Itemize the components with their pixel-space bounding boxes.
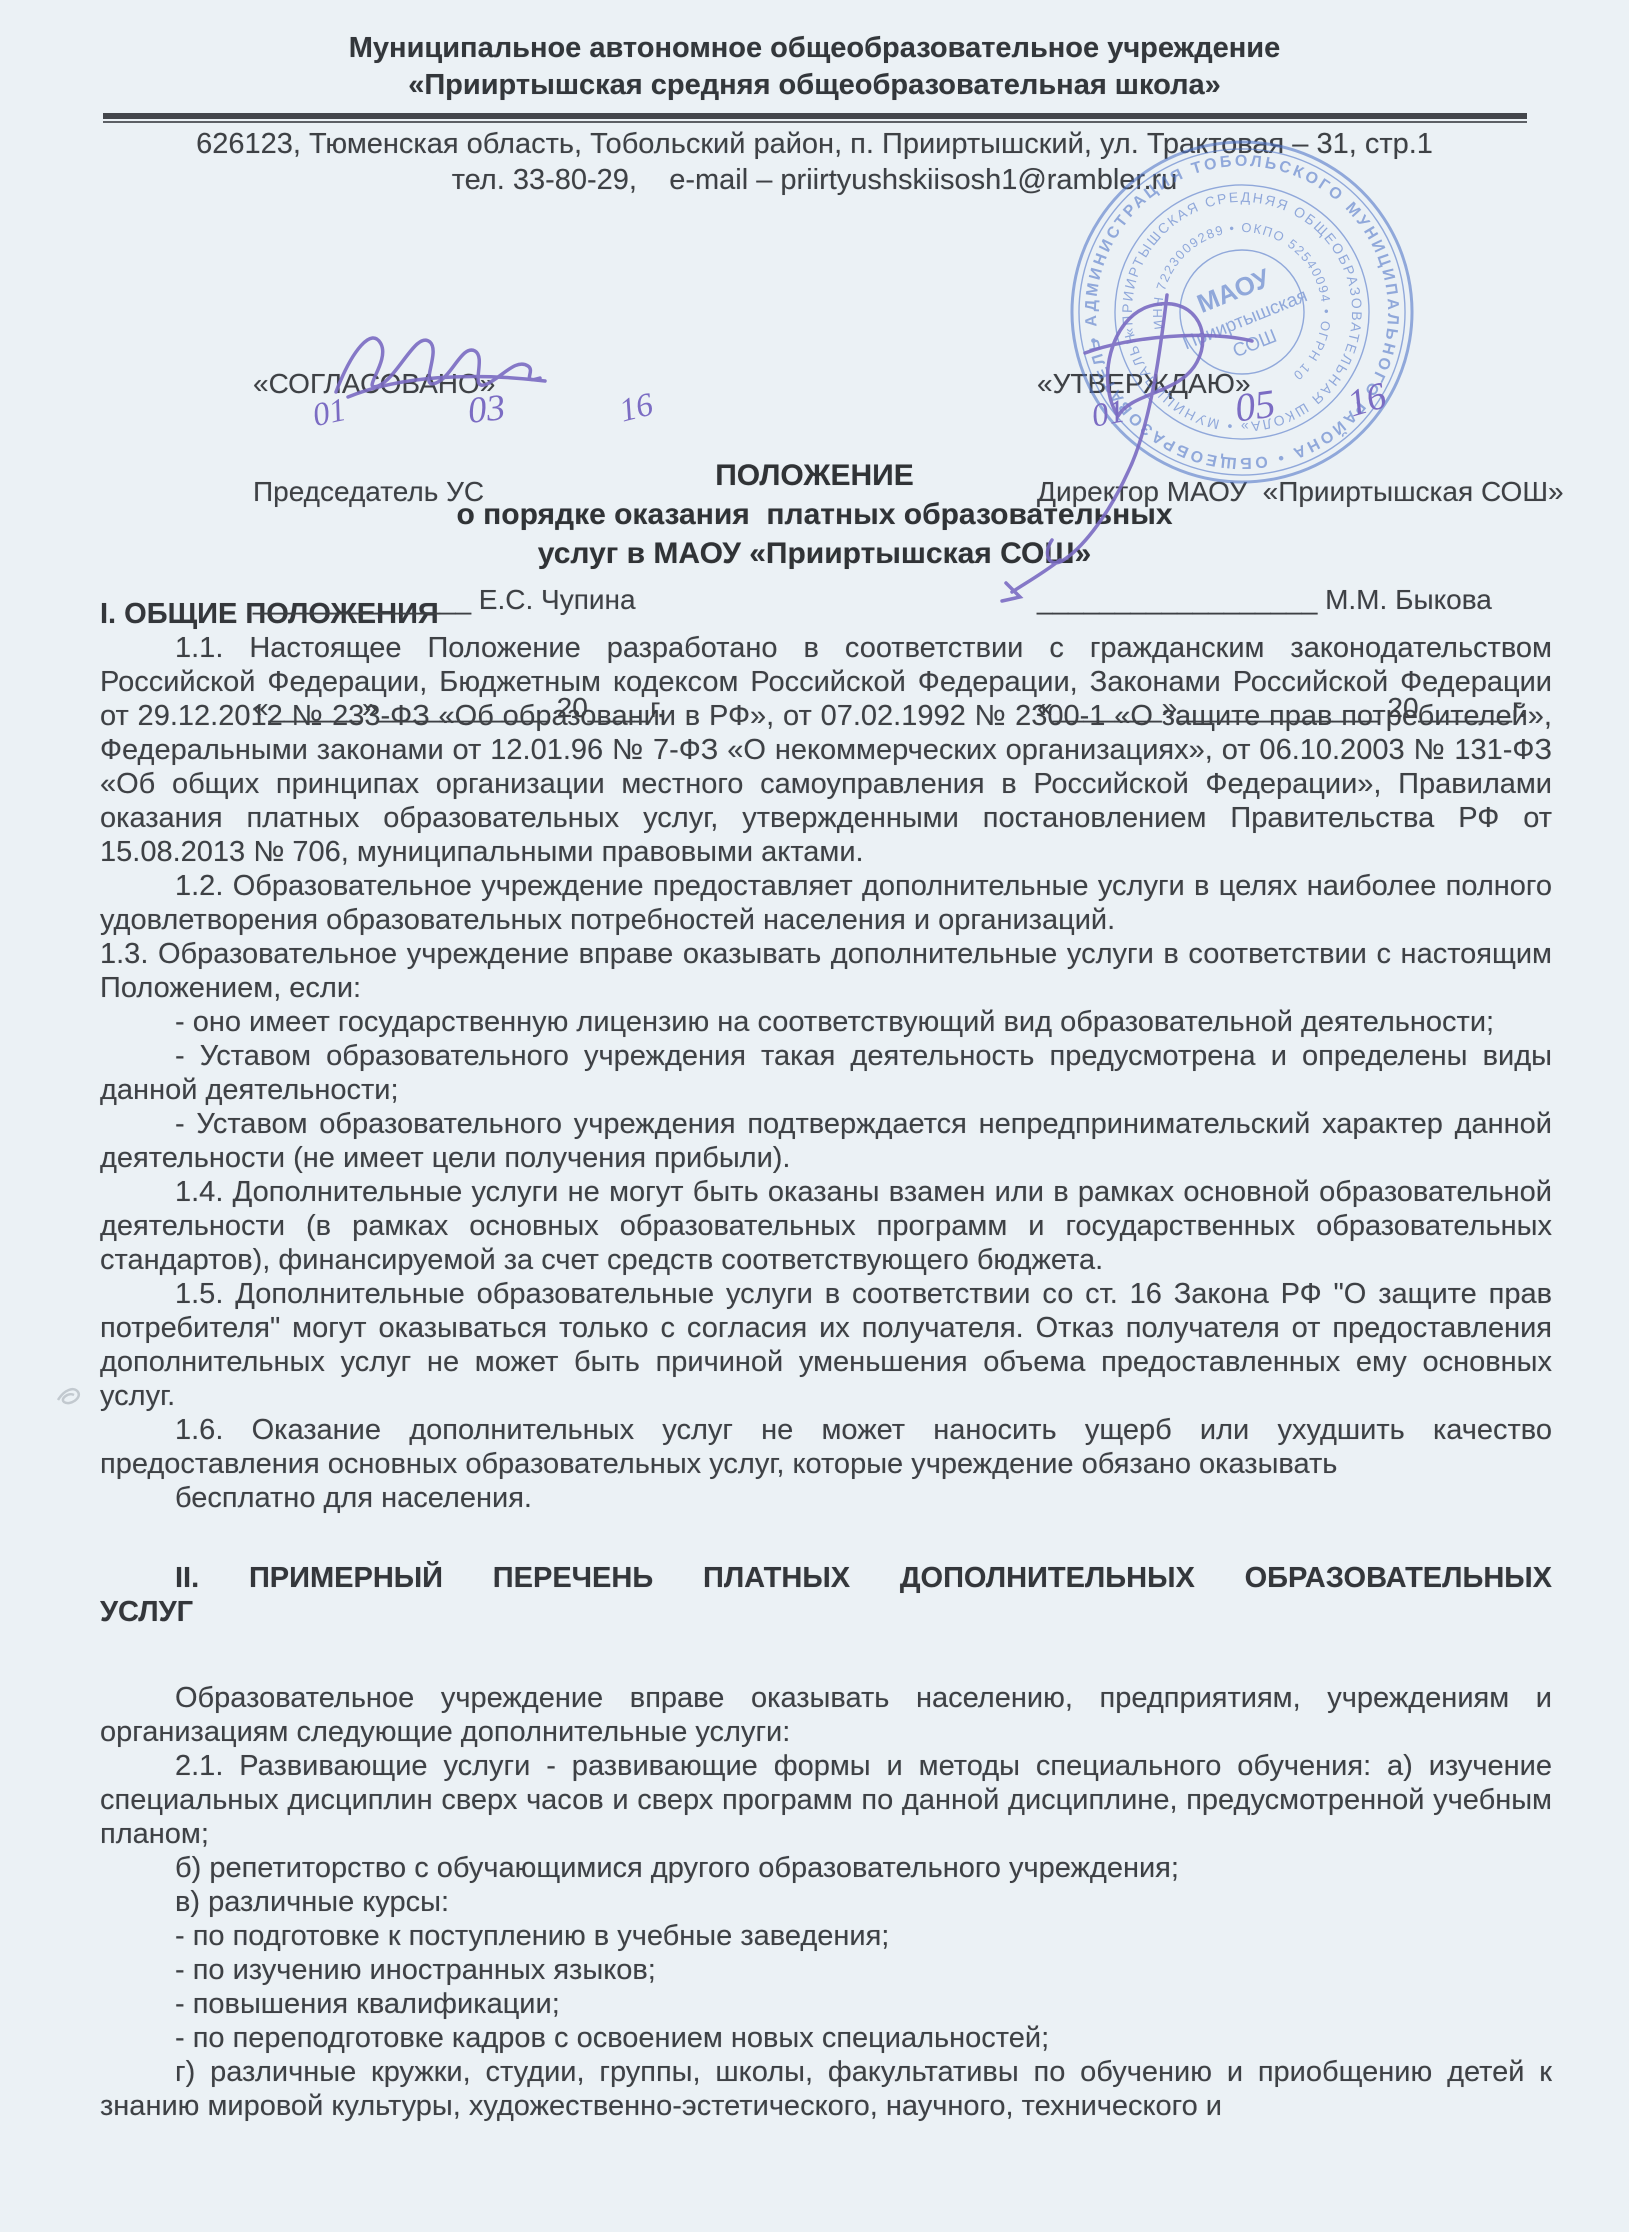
paragraph-1-3-item-1: - оно имеет государственную лицензию на … [100, 1005, 1552, 1039]
official-stamp: • АДМИНИСТРАЦИЯ ТОБОЛЬСКОГО МУНИЦИПАЛЬНО… [1021, 91, 1462, 532]
paragraph-2-1-v-item-3: - повышения квалификации; [100, 1987, 1552, 2021]
approval-block-agreed: «СОГЛАСОВАНО» Председатель УС __________… [253, 294, 665, 798]
paragraph-2-1-v: в) различные курсы: [100, 1885, 1552, 1919]
section2-heading-line2: УСЛУГ [100, 1595, 1552, 1629]
scanned-document-page: Муниципальное автономное общеобразовател… [0, 0, 1629, 2232]
agreed-date-line: «______»___________ 20____г. [253, 690, 665, 726]
paragraph-1-6-cont: бесплатно для населения. [100, 1481, 1552, 1515]
paragraph-1-6: 1.6. Оказание дополнительных услуг не мо… [100, 1413, 1552, 1481]
pencil-mark [58, 1389, 79, 1403]
section2-heading-line1: II. ПРИМЕРНЫЙ ПЕРЕЧЕНЬ ПЛАТНЫХ ДОПОЛНИТЕ… [100, 1561, 1552, 1595]
organization-name-line1: Муниципальное автономное общеобразовател… [0, 30, 1629, 67]
paragraph-1-3-item-3: - Уставом образовательного учреждения по… [100, 1107, 1552, 1175]
paragraph-2-1-b: б) репетиторство с обучающимися другого … [100, 1851, 1552, 1885]
handwritten-month-right: 05 [1232, 379, 1278, 431]
paragraph-2-1-v-item-1: - по подготовке к поступлению в учебные … [100, 1919, 1552, 1953]
paragraph-2-1-g: г) различные кружки, студии, группы, шко… [100, 2055, 1552, 2123]
handwritten-day-right: 01 [1089, 393, 1128, 435]
paragraph-1-3: 1.3. Образовательное учреждение вправе о… [100, 937, 1552, 1005]
paragraph-1-2: 1.2. Образовательное учреждение предоста… [100, 869, 1552, 937]
paragraph-2-1-v-item-4: - по переподготовке кадров с освоением н… [100, 2021, 1552, 2055]
agreed-role: Председатель УС [253, 474, 665, 510]
approved-signature-line: __________________ М.М. Быкова [1037, 582, 1564, 618]
document-body: I. ОБЩИЕ ПОЛОЖЕНИЯ 1.1. Настоящее Положе… [100, 597, 1552, 2123]
handwritten-month-left: 03 [466, 386, 507, 433]
paragraph-1-4: 1.4. Дополнительные услуги не могут быть… [100, 1175, 1552, 1277]
paragraph-1-5: 1.5. Дополнительные образовательные услу… [100, 1277, 1552, 1413]
paragraph-2-1: 2.1. Развивающие услуги - развивающие фо… [100, 1749, 1552, 1851]
paragraph-1-3-item-2: - Уставом образовательного учреждения та… [100, 1039, 1552, 1107]
paragraph-2-intro: Образовательное учреждение вправе оказыв… [100, 1681, 1552, 1749]
approved-date-line: «_______»_____________ 20______г. [1037, 690, 1564, 726]
paragraph-2-1-v-item-2: - по изучению иностранных языков; [100, 1953, 1552, 1987]
agreed-signature-line: ______________ Е.С. Чупина [253, 582, 665, 618]
